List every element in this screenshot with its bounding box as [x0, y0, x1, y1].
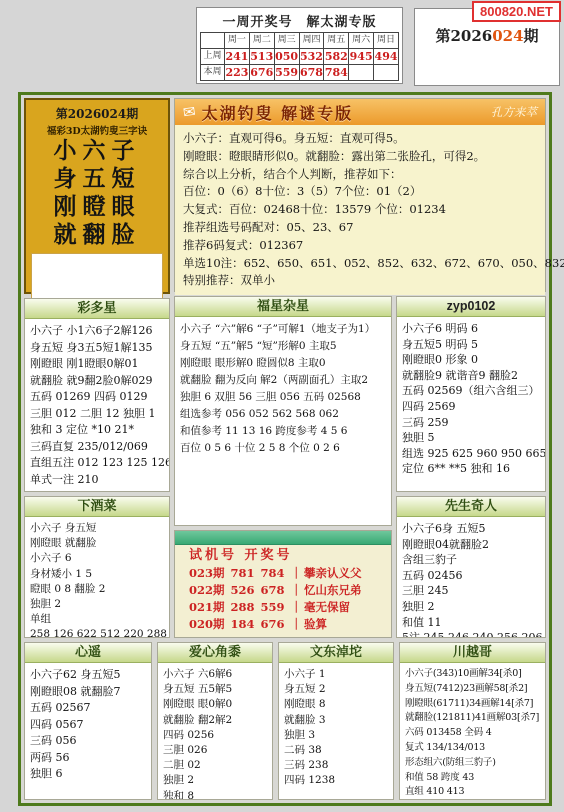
draw-number: 559 — [274, 65, 299, 81]
issue-prefix: 第2026 — [435, 27, 492, 45]
issue: 021期 — [189, 600, 225, 614]
section-body: 试机号 开奖号 023期781784｜攀亲认义父 022期526678｜忆山东兄… — [175, 545, 391, 637]
taihu-title: 太湖钓叟 解谜专版 — [202, 101, 354, 124]
text-line: 五码 02567 — [30, 700, 146, 717]
text-line: 小六子(343)10画解34[杀0] — [405, 667, 540, 682]
issue-number: 第2026024期 — [415, 25, 559, 46]
middle-column: 福星杂星 小六子 “六”解6 “子”可解1（地支子为1）身五短 “五”解5 “短… — [174, 296, 392, 638]
text-line: 独胆 2 — [402, 599, 540, 615]
text-line: 身材矮小 1 5 — [30, 567, 164, 582]
text-line: 258 126 622 512 220 288 — [30, 627, 164, 637]
row-label: 本周 — [201, 65, 225, 81]
section-body: 小六子62 身五短5刚瞪眼08 就翻脸7五码 02567四码 0567三码 05… — [25, 663, 151, 799]
paper-icon: ✉ — [182, 102, 197, 122]
riddle-subtitle: 福彩3D太湖钓叟三字诀 — [31, 123, 163, 137]
text-line: 小六子62 身五短5 — [30, 667, 146, 684]
text-line: 和值 11 — [402, 615, 540, 631]
text-line: 六码 013458 全码 4 — [405, 726, 540, 741]
text-line: 和值 58 跨度 43 — [405, 771, 540, 786]
section-xiajiucai: 下酒菜 小六子 身五短刚瞪眼 就翻脸小六子 6身材矮小 1 5瞪眼 0 8 翻脸… — [24, 496, 170, 638]
text-line: 特别推荐：双单小 — [183, 272, 537, 290]
text-line: 直组 410 413 — [405, 785, 540, 799]
shiji-number: 288 — [231, 600, 255, 614]
text-line: 三胆 026 — [163, 743, 267, 758]
day-header: 周日 — [374, 33, 399, 49]
section-body: 小六子 “六”解6 “子”可解1（地支子为1）身五短 “五”解5 “短”形解0 … — [175, 317, 391, 525]
text-line: 三码 259 — [402, 415, 540, 431]
text-line: 单选10注：652、650、651、052、852、632、672、670、05… — [183, 255, 537, 273]
separator: ｜ — [291, 600, 303, 614]
text-line: 独和 8 — [163, 789, 267, 799]
draw-number: 784 — [324, 65, 349, 81]
text-line: 身五短 2 — [284, 682, 388, 697]
kaijiang-number: 676 — [261, 617, 285, 631]
weekly-numbers-table: 周一 周二 周三 周四 周五 周六 周日 上周 241 513 050 532 … — [200, 32, 399, 81]
text-line: 5注 245 246 240 256 206 — [402, 630, 540, 637]
shiji-row: 021期288559｜毫无保留 — [189, 599, 385, 616]
text-line: 小六子 身五短 — [30, 521, 164, 536]
day-header: 周六 — [349, 33, 374, 49]
text-line: 和值参考 11 13 16 跨度参考 4 5 6 — [180, 423, 386, 440]
shiji-row: 022期526678｜忆山东兄弟 — [189, 582, 385, 599]
issue: 023期 — [189, 566, 225, 580]
text-line: 综合以上分析，结合个人判断，推荐如下： — [183, 166, 537, 184]
text-line: 就翻脸 就9翻2脸0解029 — [30, 373, 164, 390]
text-line: 刚瞪眼04就翻脸2 — [402, 537, 540, 553]
text-line: 小六子6身 五短5 — [402, 521, 540, 537]
day-header: 周一 — [225, 33, 250, 49]
text-line: 小六子 “六”解6 “子”可解1（地支子为1） — [180, 321, 386, 338]
text-line: 组选参考 056 052 562 568 062 — [180, 406, 386, 423]
text-line: 两码 56 — [30, 750, 146, 767]
text-line: 刚瞪眼：瞪眼睛形似0。就翻脸：露出第二张脸孔，可得2。 — [183, 148, 537, 166]
riddle-note: 验算 — [304, 617, 327, 631]
text-line: 形态组六(防组三豹子) — [405, 756, 540, 771]
section-body: 小六子(343)10画解34[杀0]身五短(7412)23画解58[杀2]刚瞪眼… — [400, 663, 545, 799]
text-line: 小六子 6 — [30, 551, 164, 566]
draw-number: 223 — [225, 65, 250, 81]
table-row: 本周 223 676 559 678 784 — [201, 65, 399, 81]
taihu-header: ✉ 太湖钓叟 解谜专版 孔方来萃 — [175, 99, 545, 125]
section-body: 小六子 六6解6身五短 五5解5刚瞪眼 眼0解0就翻脸 翻2解2四码 0256三… — [158, 663, 272, 799]
text-line: 定位 6** **5 独和 16 — [402, 461, 540, 477]
riddle-line: 就翻脸 — [31, 221, 163, 249]
text-line: 就翻脸 翻为反向 解2（两副面孔）主取2 — [180, 372, 386, 389]
shiji-row: 023期781784｜攀亲认义父 — [189, 565, 385, 582]
site-badge: 800820.NET — [472, 1, 561, 22]
text-line: 组选 925 625 960 950 665 — [402, 446, 540, 462]
text-line: 独胆 5 — [402, 430, 540, 446]
day-header: 周三 — [274, 33, 299, 49]
text-line: 瞪眼 0 8 翻脸 2 — [30, 582, 164, 597]
section-title: 川越哥 — [400, 643, 545, 663]
section-caiduoxing: 彩多星 小六子 小1六6子2解126身五短 身3五5短1解135刚瞪眼 刚1瞪眼… — [24, 298, 170, 492]
riddle-note: 忆山东兄弟 — [304, 583, 362, 597]
section-body: 小六子 身五短刚瞪眼 就翻脸小六子 6身材矮小 1 5瞪眼 0 8 翻脸 2独胆… — [25, 517, 169, 637]
weekly-panel-title: 一周开奖号 解太湖专版 — [200, 11, 399, 30]
text-line: 三胆 245 — [402, 583, 540, 599]
section-body: 小六子6身 五短5刚瞪眼04就翻脸2含组三豹子五码 02456三胆 245独胆 … — [397, 517, 545, 637]
shiji-number: 184 — [231, 617, 255, 631]
green-divider-bar — [175, 531, 391, 545]
text-line: 独胆 2 — [30, 597, 164, 612]
text-line: 刚瞪眼(61711)34画解14[杀7] — [405, 697, 540, 712]
text-line: 四码 2569 — [402, 399, 540, 415]
text-line: 三码直复 235/012/069 — [30, 439, 164, 456]
text-line: 独胆 2 — [163, 773, 267, 788]
draw-number: 241 — [225, 49, 250, 65]
draw-number — [374, 65, 399, 81]
text-line: 复式 134/134/013 — [405, 741, 540, 756]
text-line: 刚瞪眼 就翻脸 — [30, 536, 164, 551]
text-line: 大复式：百位：02468十位：13579 个位：01234 — [183, 201, 537, 219]
riddle-blank-area — [31, 253, 163, 301]
day-header: 周四 — [299, 33, 324, 49]
text-line: 就翻脸9 就谐音9 翻脸2 — [402, 368, 540, 384]
section-title: 彩多星 — [25, 299, 169, 319]
section-body: 小六子6 明码 6身五短5 明码 5刚瞪眼0 形象 0就翻脸9 就谐音9 翻脸2… — [397, 317, 545, 491]
text-line: 五码 02569（组六含组三） — [402, 383, 540, 399]
corner-cell — [201, 33, 225, 49]
draw-number: 532 — [299, 49, 324, 65]
section-title: zyp0102 — [397, 297, 545, 317]
issue-highlight: 024 — [492, 27, 523, 45]
middle-grid: 福星杂星 小六子 “六”解6 “子”可解1（地支子为1）身五短 “五”解5 “短… — [174, 296, 546, 638]
text-line: 二码 38 — [284, 743, 388, 758]
draw-number: 676 — [249, 65, 274, 81]
section-body: 小六子 1身五短 2刚瞪眼 8就翻脸 3独胆 3二码 38三码 238四码 12… — [279, 663, 393, 799]
section-title: 福星杂星 — [175, 297, 391, 317]
text-line: 五码 02456 — [402, 568, 540, 584]
riddle-box: 第2026024期 福彩3D太湖钓叟三字诀 小六子 身五短 刚瞪眼 就翻脸 — [24, 98, 170, 294]
section-xinyao: 心遥 小六子62 身五短5刚瞪眼08 就翻脸7五码 02567四码 0567三码… — [24, 642, 152, 800]
draw-number: 513 — [249, 49, 274, 65]
section-fuxing: 福星杂星 小六子 “六”解6 “子”可解1（地支子为1）身五短 “五”解5 “短… — [174, 296, 392, 526]
section-xianshengqiren: 先生奇人 小六子6身 五短5刚瞪眼04就翻脸2含组三豹子五码 02456三胆 2… — [396, 496, 546, 638]
draw-number: 945 — [349, 49, 374, 65]
text-line: 刚瞪眼08 就翻脸7 — [30, 684, 146, 701]
day-header: 周五 — [324, 33, 349, 49]
section-title: 下酒菜 — [25, 497, 169, 517]
text-line: 身五短 身3五5短1解135 — [30, 340, 164, 357]
text-line: 单组 — [30, 612, 164, 627]
day-header: 周二 — [249, 33, 274, 49]
riddle-issue: 第2026024期 — [31, 105, 163, 122]
draw-number: 678 — [299, 65, 324, 81]
riddle-note: 攀亲认义父 — [304, 566, 362, 580]
right-area: ✉ 太湖钓叟 解谜专版 孔方来萃 小六子：直观可得6。身五短：直观可得5。刚瞪眼… — [174, 98, 546, 638]
draw-number — [349, 65, 374, 81]
text-line: 小六子 小1六6子2解126 — [30, 323, 164, 340]
text-line: 刚瞪眼 眼0解0 — [163, 697, 267, 712]
text-line: 小六子 六6解6 — [163, 667, 267, 682]
text-line: 刚瞪眼0 形象 0 — [402, 352, 540, 368]
section-body: 小六子 小1六6子2解126身五短 身3五5短1解135刚瞪眼 刚1瞪眼0解01… — [25, 319, 169, 491]
draw-number: 582 — [324, 49, 349, 65]
shiji-row: 020期184676｜验算 — [189, 616, 385, 633]
kaijiang-number: 559 — [261, 600, 285, 614]
table-row: 上周 241 513 050 532 582 945 494 — [201, 49, 399, 65]
text-line: 二胆 02 — [163, 758, 267, 773]
text-line: 身五短 五5解5 — [163, 682, 267, 697]
text-line: 身五短 “五”解5 “短”形解0 主取5 — [180, 338, 386, 355]
kaijiang-number: 784 — [261, 566, 285, 580]
section-wendongnaotuo: 文东淖坨 小六子 1身五短 2刚瞪眼 8就翻脸 3独胆 3二码 38三码 238… — [278, 642, 394, 800]
row-label: 上周 — [201, 49, 225, 65]
section-aixinjiaoshu: 爱心角黍 小六子 六6解6身五短 五5解5刚瞪眼 眼0解0就翻脸 翻2解2四码 … — [157, 642, 273, 800]
table-header-row: 周一 周二 周三 周四 周五 周六 周日 — [201, 33, 399, 49]
draw-number: 494 — [374, 49, 399, 65]
text-line: 独胆 3 — [284, 728, 388, 743]
separator: ｜ — [291, 617, 303, 631]
section-chuanyuege: 川越哥 小六子(343)10画解34[杀0]身五短(7412)23画解58[杀2… — [399, 642, 546, 800]
text-line: 四码 0567 — [30, 717, 146, 734]
issue: 022期 — [189, 583, 225, 597]
riddle-note: 毫无保留 — [304, 600, 350, 614]
upper-grid: 第2026024期 福彩3D太湖钓叟三字诀 小六子 身五短 刚瞪眼 就翻脸 彩多… — [24, 98, 546, 638]
text-line: 小六子6 明码 6 — [402, 321, 540, 337]
shiji-number: 526 — [231, 583, 255, 597]
text-line: 刚瞪眼 眼形解0 瞪圆似8 主取0 — [180, 355, 386, 372]
draw-number: 050 — [274, 49, 299, 65]
riddle-line: 身五短 — [31, 165, 163, 193]
taihu-byline: 孔方来萃 — [491, 104, 537, 120]
issue: 020期 — [189, 617, 225, 631]
text-line: 就翻脸 翻2解2 — [163, 713, 267, 728]
kaijiang-number: 678 — [261, 583, 285, 597]
section-title: 心遥 — [25, 643, 151, 663]
taihu-analysis: 小六子：直观可得6。身五短：直观可得5。刚瞪眼：瞪眼睛形似0。就翻脸：露出第二张… — [175, 125, 545, 295]
text-line: 推荐6码复式：012367 — [183, 237, 537, 255]
main-content: 第2026024期 福彩3D太湖钓叟三字诀 小六子 身五短 刚瞪眼 就翻脸 彩多… — [18, 92, 552, 806]
text-line: 三码 238 — [284, 758, 388, 773]
text-line: 推荐组选号码配对：05、23、67 — [183, 219, 537, 237]
separator: ｜ — [291, 566, 303, 580]
text-line: 三码 056 — [30, 733, 146, 750]
text-line: 刚瞪眼 8 — [284, 697, 388, 712]
text-line: 就翻脸 3 — [284, 713, 388, 728]
section-title: 先生奇人 — [397, 497, 545, 517]
section-title: 文东淖坨 — [279, 643, 393, 663]
text-line: 刚瞪眼 刚1瞪眼0解01 — [30, 356, 164, 373]
bottom-grid: 心遥 小六子62 身五短5刚瞪眼08 就翻脸7五码 02567四码 0567三码… — [24, 642, 546, 800]
text-line: 四码 1238 — [284, 773, 388, 788]
riddle-line: 小六子 — [31, 137, 163, 165]
left-column: 第2026024期 福彩3D太湖钓叟三字诀 小六子 身五短 刚瞪眼 就翻脸 彩多… — [24, 98, 170, 638]
text-line: 百位 0 5 6 十位 2 5 8 个位 0 2 6 — [180, 440, 386, 457]
text-line: 小六子：直观可得6。身五短：直观可得5。 — [183, 130, 537, 148]
text-line: 单式一注 210 — [30, 472, 164, 489]
text-line: 独胆 6 双胆 56 三胆 056 五码 02568 — [180, 389, 386, 406]
section-title: 爱心角黍 — [158, 643, 272, 663]
separator: ｜ — [291, 583, 303, 597]
text-line: 独胆 6 — [30, 766, 146, 783]
text-line: 就翻脸(121811)41画解03[杀7] — [405, 711, 540, 726]
section-shijihao: 试机号 开奖号 023期781784｜攀亲认义父 022期526678｜忆山东兄… — [174, 530, 392, 638]
section-title: 试机号 开奖号 — [189, 547, 385, 565]
taihu-panel: ✉ 太湖钓叟 解谜专版 孔方来萃 小六子：直观可得6。身五短：直观可得5。刚瞪眼… — [174, 98, 546, 292]
text-line: 五码 01269 四码 0129 — [30, 389, 164, 406]
text-line: 身五短5 明码 5 — [402, 337, 540, 353]
shiji-number: 781 — [231, 566, 255, 580]
top-strip: 一周开奖号 解太湖专版 周一 周二 周三 周四 周五 周六 周日 上周 241 … — [0, 0, 564, 92]
riddle-line: 刚瞪眼 — [31, 193, 163, 221]
text-line: 百位：0（6）8十位：3（5）7个位：01（2） — [183, 183, 537, 201]
text-line: 身五短(7412)23画解58[杀2] — [405, 682, 540, 697]
right-column: zyp0102 小六子6 明码 6身五短5 明码 5刚瞪眼0 形象 0就翻脸9 … — [396, 296, 546, 638]
text-line: 四码 0256 — [163, 728, 267, 743]
weekly-numbers-panel: 一周开奖号 解太湖专版 周一 周二 周三 周四 周五 周六 周日 上周 241 … — [196, 7, 403, 84]
text-line: 小六子 1 — [284, 667, 388, 682]
section-zyp0102: zyp0102 小六子6 明码 6身五短5 明码 5刚瞪眼0 形象 0就翻脸9 … — [396, 296, 546, 492]
text-line: 直组五注 012 123 125 126 129 — [30, 455, 164, 472]
text-line: 三胆 012 二胆 12 独胆 1 — [30, 406, 164, 423]
text-line: 含组三豹子 — [402, 552, 540, 568]
issue-suffix: 期 — [524, 27, 539, 45]
text-line: 独和 3 定位 *10 21* — [30, 422, 164, 439]
